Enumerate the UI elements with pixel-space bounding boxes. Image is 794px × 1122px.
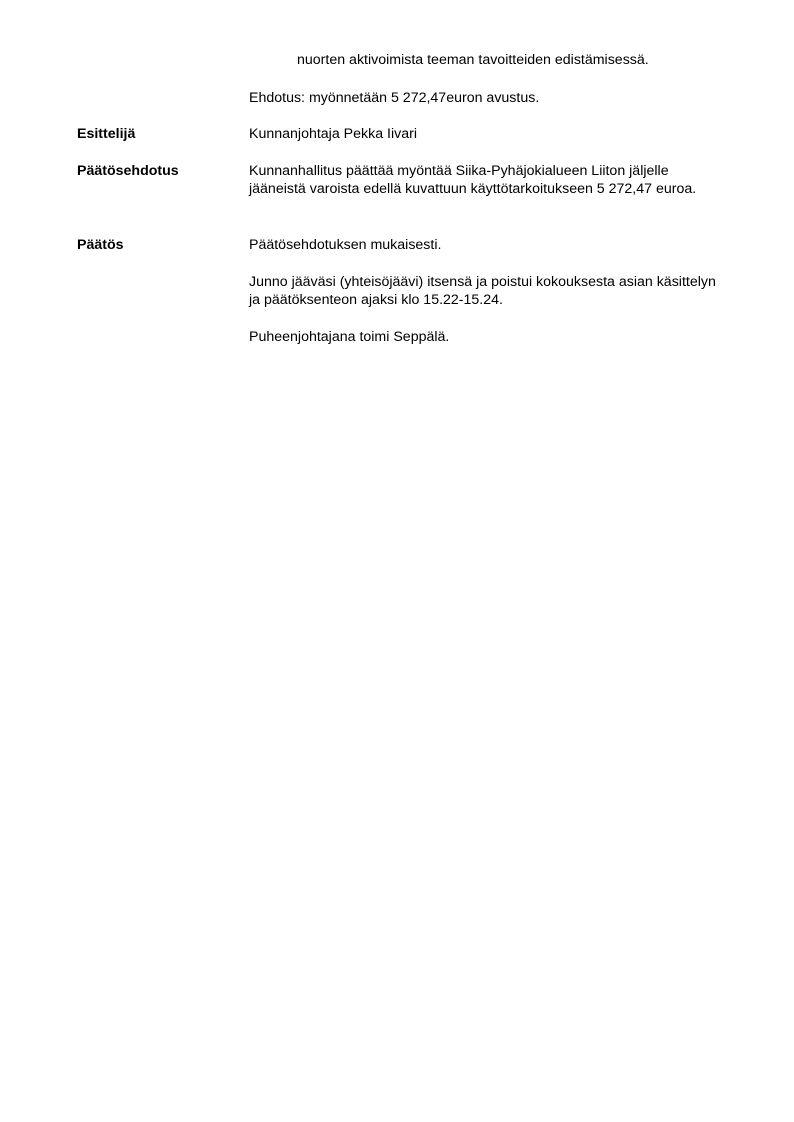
proposal-line: Ehdotus: myönnetään 5 272,47euron avustu…	[249, 89, 539, 107]
decision-text: Päätösehdotuksen mukaisesti.	[249, 236, 729, 254]
label-paatosehdotus: Päätösehdotus	[77, 162, 179, 180]
presenter-text: Kunnanjohtaja Pekka Iivari	[249, 125, 729, 143]
disqualification-text: Junno jääväsi (yhteisöjäävi) itsensä ja …	[249, 273, 729, 309]
label-paatos: Päätös	[77, 236, 124, 254]
chairperson-text: Puheenjohtajana toimi Seppälä.	[249, 328, 729, 346]
intro-continuation: nuorten aktivoimista teeman tavoitteiden…	[297, 51, 649, 69]
decision-proposal-text: Kunnanhallitus päättää myöntää Siika-Pyh…	[249, 162, 729, 198]
label-esittelija: Esittelijä	[77, 125, 135, 143]
